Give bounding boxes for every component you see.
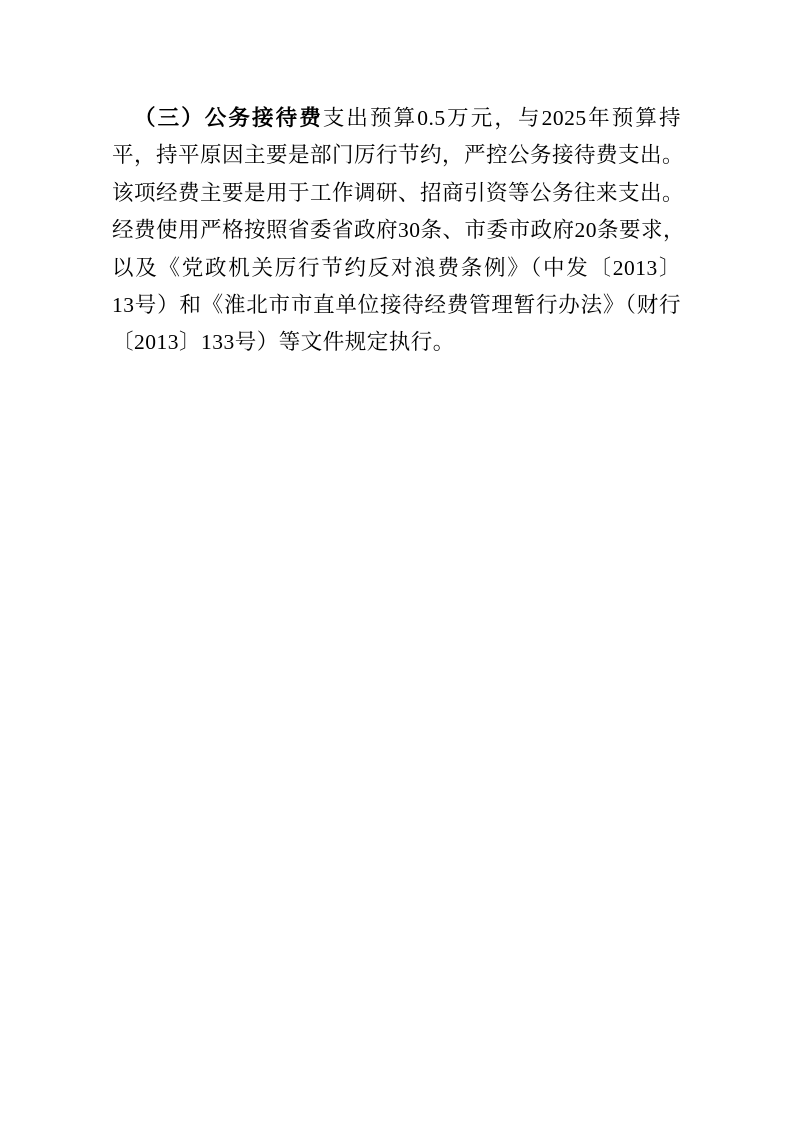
paragraph-line-5: 以及《党政机关厉行节约反对浪费条例》（中发〔2013〕 [112, 250, 681, 287]
paragraph-line-4: 经费使用严格按照省委省政府30条、市委市政府20条要求， [112, 212, 681, 249]
section-heading: （三）公务接待费 [134, 106, 323, 130]
paragraph-line-2: 平，持平原因主要是部门厉行节约，严控公务接待费支出。 [112, 137, 681, 174]
paragraph-line-1-text: 支出预算0.5万元，与2025年预算持 [323, 106, 681, 130]
document-page: （三）公务接待费支出预算0.5万元，与2025年预算持 平，持平原因主要是部门厉… [0, 0, 793, 1122]
paragraph-line-6: 13号）和《淮北市市直单位接待经费管理暂行办法》（财行 [112, 287, 681, 324]
paragraph-line-7: 〔2013〕133号）等文件规定执行。 [112, 324, 681, 361]
paragraph-line-1: （三）公务接待费支出预算0.5万元，与2025年预算持 [112, 100, 681, 137]
paragraph-line-3: 该项经费主要是用于工作调研、招商引资等公务往来支出。 [112, 175, 681, 212]
budget-paragraph: （三）公务接待费支出预算0.5万元，与2025年预算持 平，持平原因主要是部门厉… [112, 100, 681, 362]
